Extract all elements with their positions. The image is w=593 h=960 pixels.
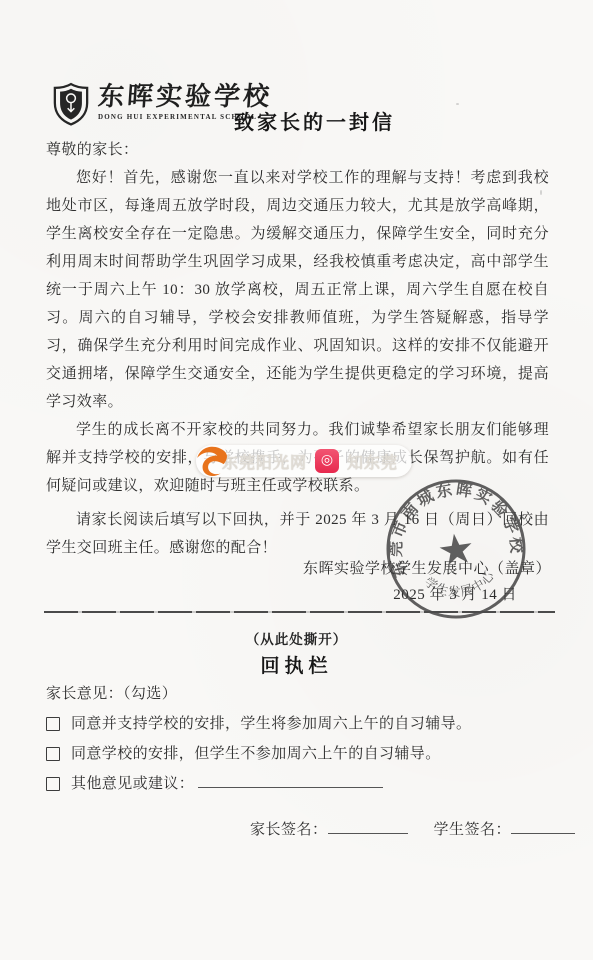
watermark-pill: 东莞阳光网 ◎ 知东莞 bbox=[196, 445, 412, 477]
signature-block: 东晖实验学校学生发展中心（盖章） 2025 年 3 月 14 日 bbox=[303, 556, 551, 608]
option-row-agree-attend: 同意并支持学校的安排，学生将参加周六上午的自习辅导。 bbox=[46, 713, 549, 735]
signature-row: 家长签名： 学生签名： bbox=[250, 818, 575, 839]
salutation: 尊敬的家长： bbox=[46, 136, 549, 164]
letter-body: 尊敬的家长： 您好！首先，感谢您一直以来对学校工作的理解与支持！考虑到我校地处市… bbox=[46, 136, 549, 562]
option-row-agree-not-attend: 同意学校的安排，但学生不参加周六上午的自习辅导。 bbox=[46, 743, 549, 765]
option-row-other: 其他意见或建议： bbox=[46, 773, 549, 795]
parent-signature-label: 家长签名： bbox=[250, 818, 328, 839]
student-signature-label: 学生签名： bbox=[434, 818, 512, 839]
scan-speck bbox=[540, 190, 542, 195]
reply-slip: 家长意见：（勾选） 同意并支持学校的安排，学生将参加周六上午的自习辅导。 同意学… bbox=[46, 681, 549, 803]
parent-opinion-prompt: 家长意见：（勾选） bbox=[46, 681, 549, 707]
sunshine-net-logo-icon bbox=[192, 442, 230, 480]
issuing-department-line: 东晖实验学校学生发展中心（盖章） bbox=[303, 556, 551, 582]
other-opinion-blank-line bbox=[198, 773, 383, 788]
checkbox-other-opinion bbox=[46, 777, 60, 791]
watermark-app-name: 知东莞 bbox=[347, 450, 398, 473]
parent-signature-blank-line bbox=[328, 819, 408, 834]
scanned-letter-page: 东晖实验学校 DONG HUI EXPERIMENTAL SCHOOL 致家长的… bbox=[0, 0, 593, 960]
eye-glyph-icon: ◎ bbox=[321, 454, 333, 468]
scan-speck bbox=[70, 142, 73, 145]
scan-speck bbox=[538, 370, 540, 376]
option-label: 同意学校的安排，但学生不参加周六上午的自习辅导。 bbox=[71, 743, 441, 765]
reply-slip-title: 回执栏 bbox=[0, 651, 593, 678]
student-signature-blank-line bbox=[511, 819, 575, 834]
checkbox-agree-not-attend bbox=[46, 747, 60, 761]
letter-title: 致家长的一封信 bbox=[18, 106, 593, 135]
paragraph-3: 请家长阅读后填写以下回执，并于 2025 年 3 月 16 日（周日）回校由学生… bbox=[46, 506, 549, 562]
watermark-site-name: 东莞阳光网 bbox=[222, 450, 307, 473]
option-label: 同意并支持学校的安排，学生将参加周六上午的自习辅导。 bbox=[71, 713, 471, 735]
media-watermark: 东莞阳光网 ◎ 知东莞 bbox=[196, 443, 412, 479]
tear-off-note: （从此处撕开） bbox=[0, 628, 593, 648]
scan-speck bbox=[456, 103, 459, 105]
checkbox-agree-attend bbox=[46, 717, 60, 731]
option-label: 其他意见或建议： bbox=[71, 773, 383, 795]
zhidongguan-app-icon: ◎ bbox=[315, 449, 339, 473]
issue-date-line: 2025 年 3 月 14 日 bbox=[303, 582, 551, 608]
paragraph-1: 您好！首先，感谢您一直以来对学校工作的理解与支持！考虑到我校地处市区，每逢周五放… bbox=[46, 164, 549, 416]
tear-off-line bbox=[44, 611, 555, 613]
